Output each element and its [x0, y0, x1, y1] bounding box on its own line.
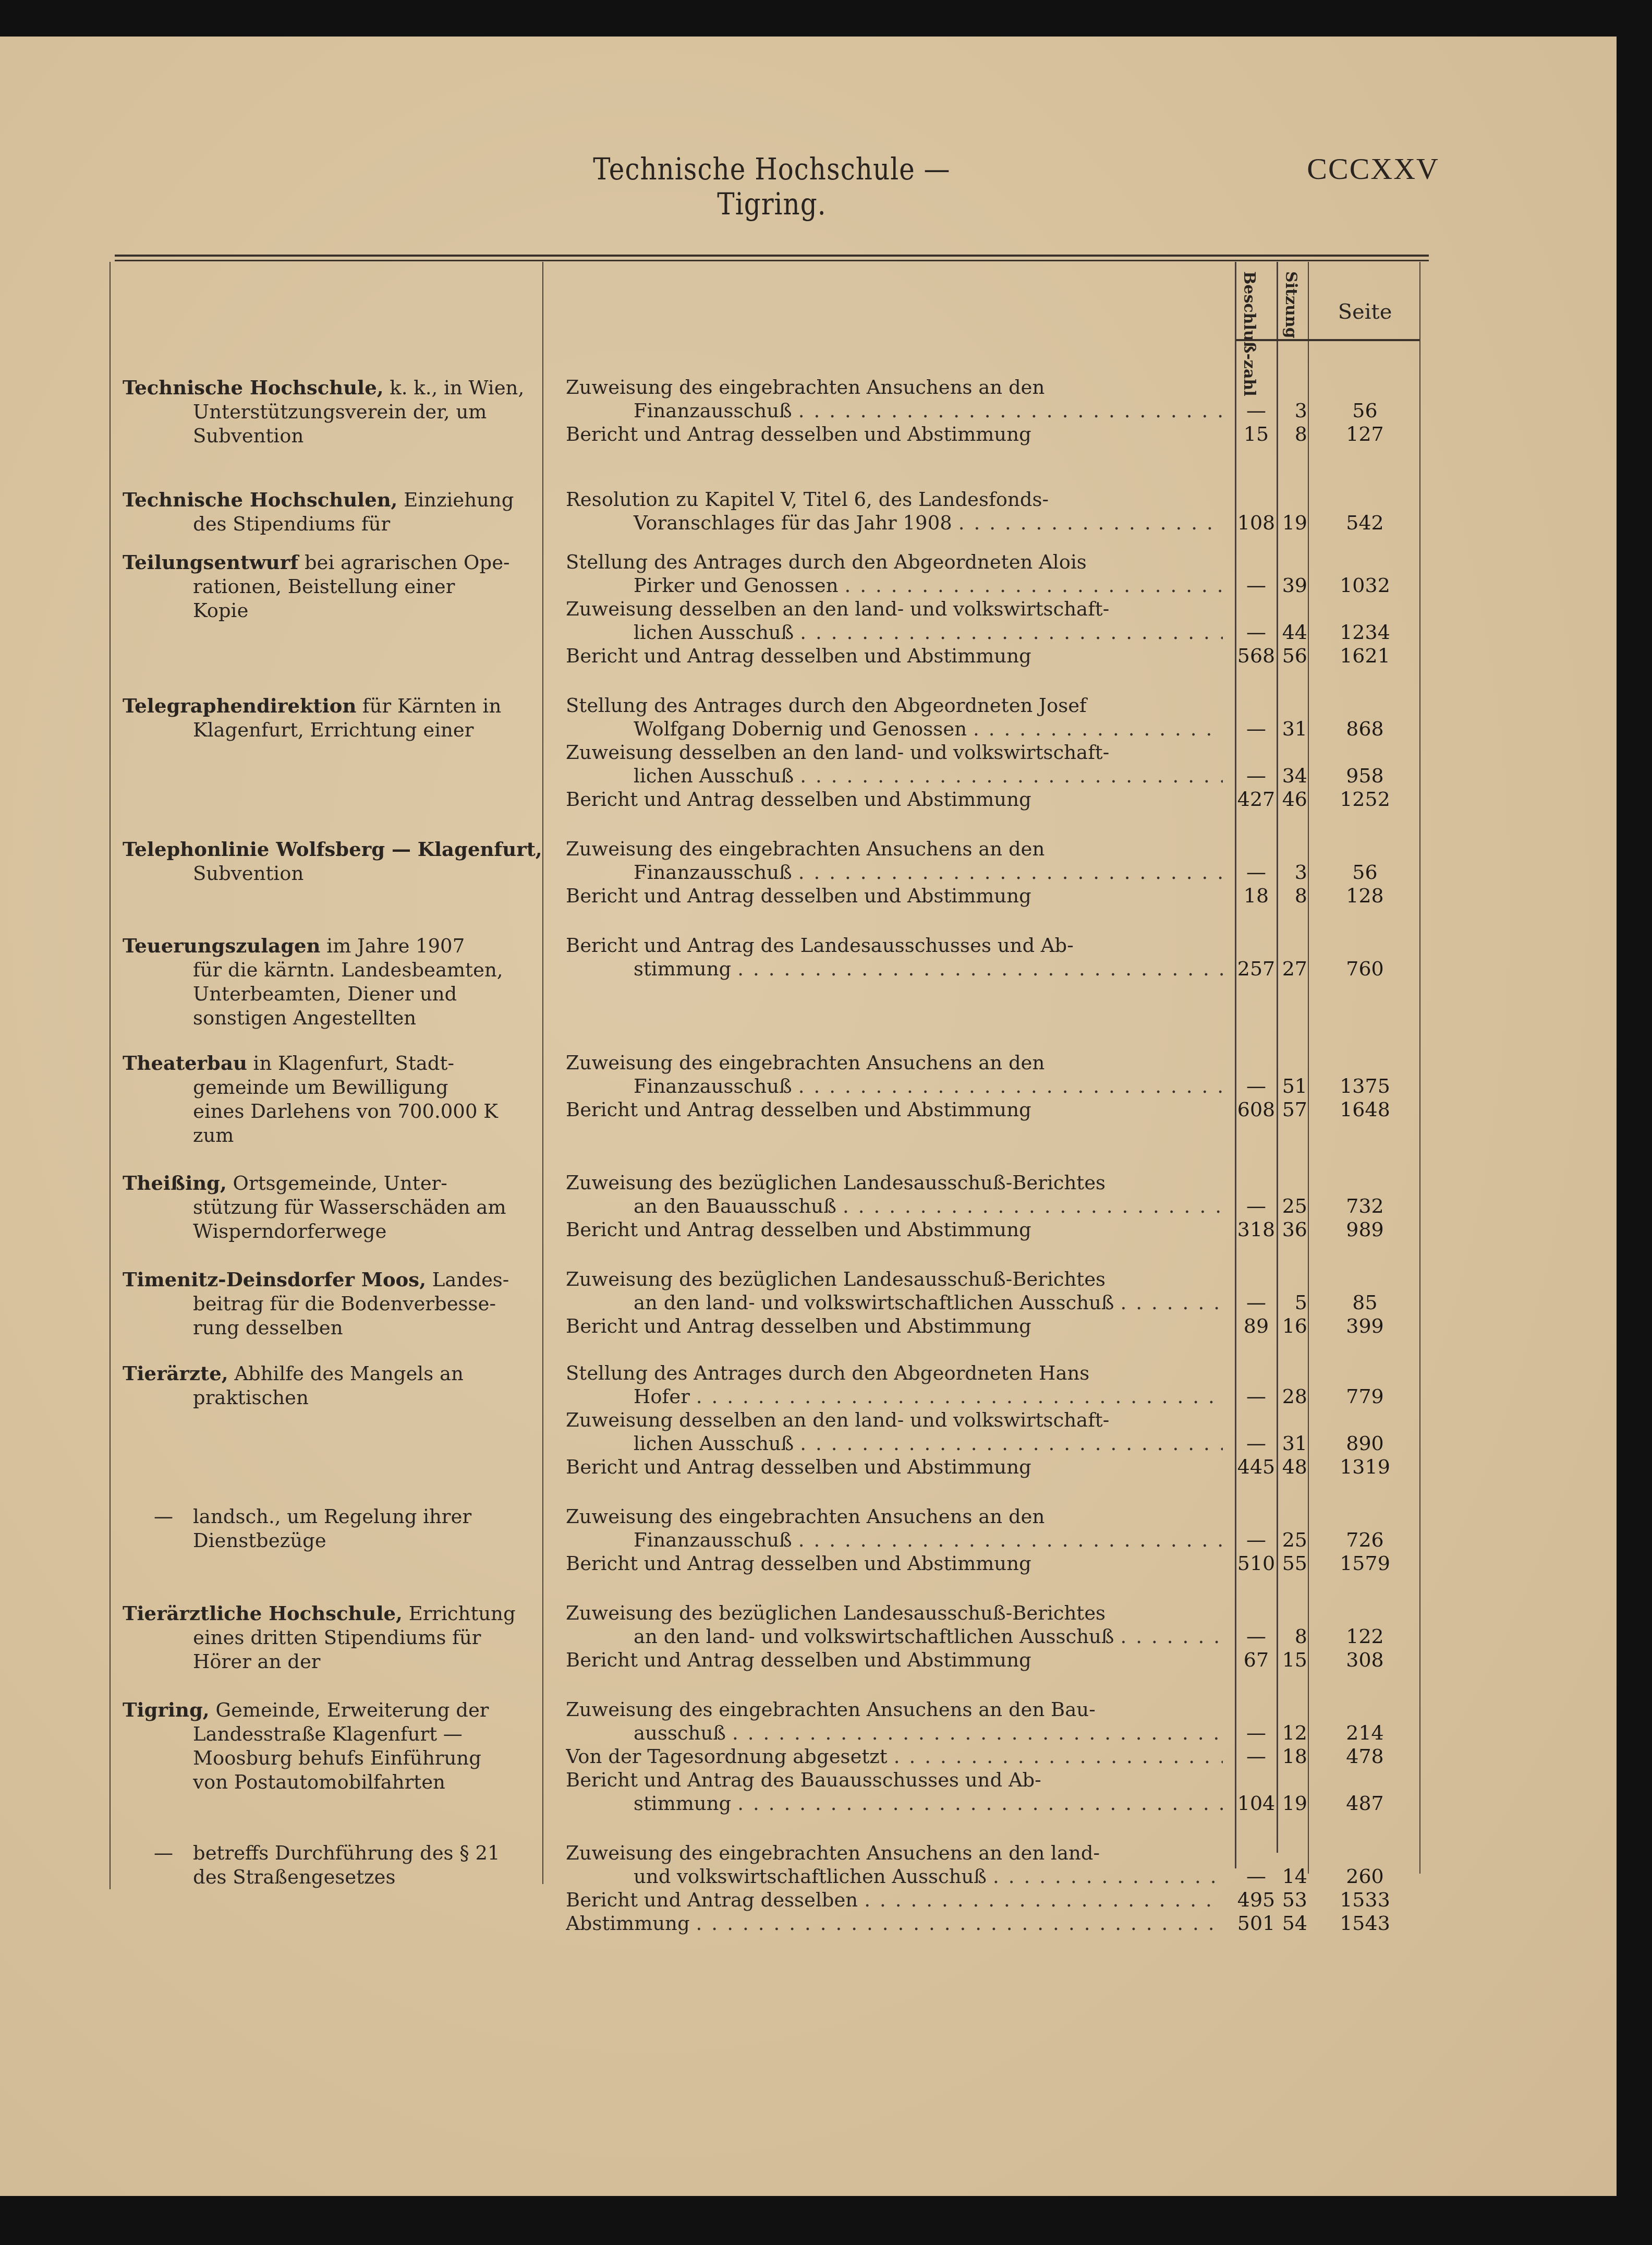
subject-line: Dienstbezüge [123, 1529, 535, 1553]
column-line-sitzung [1277, 262, 1278, 1853]
action-line: Stellung des Antrages durch den Abgeordn… [566, 694, 1223, 717]
action-line: und volkswirtschaftlichen Ausschuß......… [566, 1865, 1223, 1888]
subject-line: Kopie [123, 599, 535, 623]
subject-line: Subvention [123, 424, 535, 448]
action-text: an den Bauausschuß [634, 1194, 836, 1218]
action-line: Bericht und Antrag desselben und Abstimm… [566, 1218, 1223, 1241]
beschluss-zahl: 318 [1237, 1218, 1276, 1241]
action-text: Voranschlages für das Jahr 1908 [634, 511, 952, 535]
subject-line: von Postautomobilfahrten [123, 1770, 535, 1794]
leader-dots: ........................................… [731, 1792, 1223, 1815]
header-sitzung: Sitzung [1283, 271, 1298, 339]
leader-dots: ........................................… [1114, 1625, 1223, 1648]
action-line: Bericht und Antrag desselben und Abstimm… [566, 1314, 1223, 1338]
seite-number: 726 [1311, 1528, 1418, 1552]
action-text: Zuweisung desselben an den land- und vol… [566, 741, 1109, 764]
beschluss-zahl: — [1237, 621, 1276, 644]
beschluss-zahl: — [1237, 1745, 1276, 1768]
seite-number: 122 [1311, 1625, 1418, 1648]
action-line: Zuweisung des eingebrachten Ansuchens an… [566, 1051, 1223, 1075]
subject-keyword: Tigring, [123, 1698, 210, 1721]
subject-line: für die kärntn. Landesbeamten, [123, 958, 535, 982]
subject-line: beitrag für die Bodenverbesse- [123, 1292, 535, 1316]
seite-number: 1032 [1311, 574, 1418, 597]
action-text: Zuweisung des eingebrachten Ansuchens an… [566, 1841, 1100, 1865]
action-line: Bericht und Antrag des Landesausschusses… [566, 934, 1223, 957]
sitzung-number: 3 [1279, 861, 1307, 884]
action-text: an den land- und volkswirtschaftlichen A… [634, 1291, 1114, 1314]
seite-number: 989 [1311, 1218, 1418, 1241]
action-line: Bericht und Antrag desselben und Abstimm… [566, 1648, 1223, 1672]
action-text: Zuweisung des eingebrachten Ansuchens an… [566, 376, 1044, 399]
action-text: lichen Ausschuß [634, 621, 794, 644]
beschluss-zahl: 104 [1237, 1792, 1276, 1815]
seite-number: 487 [1311, 1792, 1418, 1815]
entry-subject: Teuerungszulagen im Jahre 1907für die kä… [123, 934, 535, 1030]
subject-line: Telegraphendirektion für Kärnten in [123, 694, 535, 718]
sitzung-number: 28 [1279, 1385, 1307, 1408]
column-line-right [1419, 262, 1420, 1874]
beschluss-zahl: 427 [1237, 788, 1276, 811]
subject-line: Technische Hochschulen, Einziehung [123, 488, 535, 512]
sitzung-number: 25 [1279, 1194, 1307, 1218]
action-line: Von der Tagesordnung abgesetzt..........… [566, 1745, 1223, 1768]
action-text: Zuweisung des eingebrachten Ansuchens an… [566, 837, 1044, 861]
sitzung-number: 18 [1279, 1745, 1307, 1768]
sitzung-number: 3 [1279, 399, 1307, 423]
sitzung-number: 15 [1279, 1648, 1307, 1672]
action-line: Zuweisung des eingebrachten Ansuchens an… [566, 1505, 1223, 1528]
entry-actions: Zuweisung des eingebrachten Ansuchens an… [566, 837, 1223, 908]
ditto-dash: — [123, 1505, 193, 1529]
entry-subject: Tierärzte, Abhilfe des Mangels anpraktis… [123, 1361, 535, 1410]
action-text: Bericht und Antrag desselben und Abstimm… [566, 884, 1031, 908]
action-line: Zuweisung des eingebrachten Ansuchens an… [566, 1841, 1223, 1865]
action-text: ausschuß [634, 1721, 726, 1745]
column-line-left [110, 262, 111, 1889]
sitzung-number: 31 [1279, 1432, 1307, 1455]
action-text: Abstimmung [566, 1912, 690, 1935]
sitzung-number: 19 [1279, 1792, 1307, 1815]
leader-dots: ........................................… [731, 957, 1223, 981]
action-text: und volkswirtschaftlichen Ausschuß [634, 1865, 987, 1888]
action-text: Stellung des Antrages durch den Abgeordn… [566, 550, 1087, 574]
action-text: Zuweisung des bezüglichen Landesausschuß… [566, 1601, 1106, 1625]
subject-keyword: Teuerungszulagen [123, 934, 321, 957]
action-text: Bericht und Antrag desselben und Abstimm… [566, 1552, 1031, 1575]
action-line: Abstimmung..............................… [566, 1912, 1223, 1935]
action-text: Zuweisung des bezüglichen Landesausschuß… [566, 1268, 1106, 1291]
seite-number: 1648 [1311, 1098, 1418, 1121]
seite-number: 1319 [1311, 1455, 1418, 1479]
entry-subject: Telephonlinie Wolfsberg — Klagenfurt,Sub… [123, 837, 535, 886]
action-line: Zuweisung des eingebrachten Ansuchens an… [566, 376, 1223, 399]
beschluss-zahl: 445 [1237, 1455, 1276, 1479]
action-text: Finanzausschuß [634, 1528, 792, 1552]
action-line: stimmung................................… [566, 957, 1223, 981]
subject-line: Unterstützungsverein der, um [123, 400, 535, 424]
action-line: Finanzausschuß..........................… [566, 861, 1223, 884]
sitzung-number: 55 [1279, 1552, 1307, 1575]
action-text: Zuweisung des bezüglichen Landesausschuß… [566, 1171, 1106, 1194]
action-line: Zuweisung des bezüglichen Landesausschuß… [566, 1601, 1223, 1625]
seite-number: 399 [1311, 1314, 1418, 1338]
sitzung-number: 36 [1279, 1218, 1307, 1241]
subject-line: eines dritten Stipendiums für [123, 1626, 535, 1650]
seite-number: 760 [1311, 957, 1418, 981]
beschluss-zahl: 501 [1237, 1912, 1276, 1935]
subject-line: des Straßengesetzes [123, 1865, 535, 1889]
seite-number: 85 [1311, 1291, 1418, 1314]
seite-number: 1579 [1311, 1552, 1418, 1575]
beschluss-zahl: 495 [1237, 1888, 1276, 1912]
sitzung-number: 27 [1279, 957, 1307, 981]
leader-dots: ........................................… [794, 621, 1223, 644]
sitzung-number: 8 [1279, 884, 1307, 908]
action-text: Hofer [634, 1385, 690, 1408]
sitzung-number: 46 [1279, 788, 1307, 811]
action-line: ausschuß................................… [566, 1721, 1223, 1745]
action-text: Zuweisung des eingebrachten Ansuchens an… [566, 1505, 1044, 1528]
action-line: Voranschlages für das Jahr 1908.........… [566, 511, 1223, 535]
action-line: lichen Ausschuß.........................… [566, 621, 1223, 644]
action-line: stimmung................................… [566, 1792, 1223, 1815]
subject-line: gemeinde um Bewilligung [123, 1076, 535, 1100]
entry-actions: Stellung des Antrages durch den Abgeordn… [566, 550, 1223, 668]
entry-actions: Zuweisung des eingebrachten Ansuchens an… [566, 1505, 1223, 1575]
entry-subject: Technische Hochschule, k. k., in Wien,Un… [123, 376, 535, 448]
subject-line: Landesstraße Klagenfurt — [123, 1722, 535, 1746]
entry-subject: Teilungsentwurf bei agrarischen Ope-rati… [123, 550, 535, 623]
seite-number: 260 [1311, 1865, 1418, 1888]
entry-subject: Telegraphendirektion für Kärnten inKlage… [123, 694, 535, 742]
subject-line: Subvention [123, 862, 535, 886]
subject-line: Telephonlinie Wolfsberg — Klagenfurt, [123, 837, 535, 862]
seite-number: 1375 [1311, 1075, 1418, 1098]
beschluss-zahl: 18 [1237, 884, 1276, 908]
running-title: Technische Hochschule — Tigring. [589, 152, 954, 221]
action-text: stimmung [634, 957, 731, 981]
action-text: Bericht und Antrag desselben und Abstimm… [566, 423, 1031, 446]
sitzung-number: 19 [1279, 511, 1307, 535]
beschluss-zahl: — [1237, 1385, 1276, 1408]
seite-number: 1621 [1311, 644, 1418, 668]
action-text: Zuweisung des eingebrachten Ansuchens an… [566, 1698, 1096, 1721]
beschluss-zahl: 608 [1237, 1098, 1276, 1121]
subject-line: Teilungsentwurf bei agrarischen Ope- [123, 550, 535, 575]
action-text: Bericht und Antrag desselben und Abstimm… [566, 1648, 1031, 1672]
subject-line: rationen, Beistellung einer [123, 575, 535, 599]
beschluss-zahl: 108 [1237, 511, 1276, 535]
action-line: lichen Ausschuß.........................… [566, 764, 1223, 788]
top-rule [115, 255, 1429, 257]
beschluss-zahl: — [1237, 1721, 1276, 1745]
seite-number: 308 [1311, 1648, 1418, 1672]
seite-number: 128 [1311, 884, 1418, 908]
action-line: Finanzausschuß..........................… [566, 1075, 1223, 1098]
leader-dots: ........................................… [792, 1075, 1223, 1098]
action-text: Bericht und Antrag desselben und Abstimm… [566, 1455, 1031, 1479]
entry-actions: Zuweisung des bezüglichen Landesausschuß… [566, 1601, 1223, 1672]
entry-subject: Tierärztliche Hochschule, Errichtungeine… [123, 1601, 535, 1674]
subject-line: zum [123, 1124, 535, 1148]
action-text: Stellung des Antrages durch den Abgeordn… [566, 694, 1087, 717]
subject-line: eines Darlehens von 700.000 K [123, 1100, 535, 1124]
subject-keyword: Timenitz-Deinsdorfer Moos, [123, 1268, 426, 1291]
entry-actions: Stellung des Antrages durch den Abgeordn… [566, 694, 1223, 811]
sitzung-number: 12 [1279, 1721, 1307, 1745]
leader-dots: ........................................… [839, 574, 1223, 597]
leader-dots: ........................................… [1114, 1291, 1223, 1314]
beschluss-zahl: 257 [1237, 957, 1276, 981]
leader-dots: ........................................… [858, 1888, 1223, 1912]
seite-number: 478 [1311, 1745, 1418, 1768]
leader-dots: ........................................… [967, 717, 1223, 741]
sitzung-number: 5 [1279, 1291, 1307, 1314]
sitzung-number: 8 [1279, 423, 1307, 446]
subject-line: Tierärzte, Abhilfe des Mangels an [123, 1361, 535, 1386]
action-line: Zuweisung desselben an den land- und vol… [566, 597, 1223, 621]
entry-subject: Tigring, Gemeinde, Erweiterung derLandes… [123, 1698, 535, 1794]
action-line: an den land- und volkswirtschaftlichen A… [566, 1291, 1223, 1314]
subject-keyword: Theaterbau [123, 1052, 247, 1075]
sitzung-number: 51 [1279, 1075, 1307, 1098]
beschluss-zahl: 15 [1237, 423, 1276, 446]
leader-dots: ........................................… [792, 861, 1223, 884]
beschluss-zahl: — [1237, 1865, 1276, 1888]
action-line: Bericht und Antrag des Bauausschusses un… [566, 1768, 1223, 1792]
beschluss-zahl: — [1237, 574, 1276, 597]
beschluss-zahl: — [1237, 1625, 1276, 1648]
action-text: Zuweisung desselben an den land- und vol… [566, 1408, 1109, 1432]
subject-line: des Stipendiums für [123, 512, 535, 536]
action-line: Bericht und Antrag desselben und Abstimm… [566, 1098, 1223, 1121]
seite-number: 890 [1311, 1432, 1418, 1455]
action-line: Bericht und Antrag desselben und Abstimm… [566, 788, 1223, 811]
sitzung-number: 48 [1279, 1455, 1307, 1479]
sitzung-number: 53 [1279, 1888, 1307, 1912]
entry-subject: —betreffs Durchführung des § 21des Straß… [123, 1841, 535, 1889]
entry-actions: Bericht und Antrag des Landesausschusses… [566, 934, 1223, 981]
entry-actions: Resolution zu Kapitel V, Titel 6, des La… [566, 488, 1223, 535]
beschluss-zahl: 568 [1237, 644, 1276, 668]
subject-line: Technische Hochschule, k. k., in Wien, [123, 376, 535, 400]
action-line: Finanzausschuß..........................… [566, 399, 1223, 423]
beschluss-zahl: 89 [1237, 1314, 1276, 1338]
action-line: an den land- und volkswirtschaftlichen A… [566, 1625, 1223, 1648]
action-text: Bericht und Antrag des Landesausschusses… [566, 934, 1074, 957]
column-line-beschluss [1235, 262, 1236, 1868]
action-line: Bericht und Antrag desselben und Abstimm… [566, 1552, 1223, 1575]
action-line: Bericht und Antrag desselben............… [566, 1888, 1223, 1912]
action-line: Zuweisung desselben an den land- und vol… [566, 741, 1223, 764]
beschluss-zahl: — [1237, 399, 1276, 423]
subject-line: Wisperndorferwege [123, 1220, 535, 1244]
entry-subject: Technische Hochschulen, Einziehungdes St… [123, 488, 535, 536]
subject-line: Teuerungszulagen im Jahre 1907 [123, 934, 535, 958]
action-text: Wolfgang Dobernig und Genossen [634, 717, 967, 741]
subject-line: Timenitz-Deinsdorfer Moos, Landes- [123, 1268, 535, 1292]
action-text: Resolution zu Kapitel V, Titel 6, des La… [566, 488, 1049, 511]
leader-dots: ........................................… [952, 511, 1223, 535]
subject-line: Theißing, Ortsgemeinde, Unter- [123, 1171, 535, 1196]
subject-keyword: Tierärzte, [123, 1362, 228, 1385]
seite-number: 214 [1311, 1721, 1418, 1745]
beschluss-zahl: — [1237, 1432, 1276, 1455]
beschluss-zahl: — [1237, 1291, 1276, 1314]
leader-dots: ........................................… [726, 1721, 1223, 1745]
seite-number: 542 [1311, 511, 1418, 535]
action-line: Zuweisung des eingebrachten Ansuchens an… [566, 1698, 1223, 1721]
subject-line: —landsch., um Regelung ihrer [123, 1505, 535, 1529]
subject-keyword: Technische Hochschule, [123, 376, 384, 399]
leader-dots: ........................................… [792, 1528, 1223, 1552]
beschluss-zahl: 67 [1237, 1648, 1276, 1672]
entry-subject: Theißing, Ortsgemeinde, Unter-stützung f… [123, 1171, 535, 1244]
subject-line: Klagenfurt, Errichtung einer [123, 718, 535, 742]
beschluss-zahl: — [1237, 717, 1276, 741]
action-text: Bericht und Antrag desselben und Abstimm… [566, 1314, 1031, 1338]
subject-line: praktischen [123, 1386, 535, 1410]
action-text: Bericht und Antrag des Bauausschusses un… [566, 1768, 1041, 1792]
action-line: Bericht und Antrag desselben und Abstimm… [566, 423, 1223, 446]
action-line: Stellung des Antrages durch den Abgeordn… [566, 1361, 1223, 1385]
subject-line: Unterbeamten, Diener und [123, 982, 535, 1006]
action-line: Finanzausschuß..........................… [566, 1528, 1223, 1552]
action-line: Stellung des Antrages durch den Abgeordn… [566, 550, 1223, 574]
page-number: CCCXXV [1298, 151, 1439, 186]
seite-number: 127 [1311, 423, 1418, 446]
subject-keyword: Theißing, [123, 1172, 227, 1194]
seite-number: 779 [1311, 1385, 1418, 1408]
seite-number: 1234 [1311, 621, 1418, 644]
leader-dots: ........................................… [792, 399, 1223, 423]
action-line: Zuweisung des eingebrachten Ansuchens an… [566, 837, 1223, 861]
header-beschluss-zahl: Beschluß-zahl [1241, 271, 1257, 396]
action-text: Bericht und Antrag desselben und Abstimm… [566, 1098, 1031, 1121]
sitzung-number: 34 [1279, 764, 1307, 788]
action-line: Wolfgang Dobernig und Genossen..........… [566, 717, 1223, 741]
subject-line: Theaterbau in Klagenfurt, Stadt- [123, 1051, 535, 1076]
entry-subject: Theaterbau in Klagenfurt, Stadt-gemeinde… [123, 1051, 535, 1148]
sitzung-number: 14 [1279, 1865, 1307, 1888]
action-text: Bericht und Antrag desselben und Abstimm… [566, 1218, 1031, 1241]
seite-number: 868 [1311, 717, 1418, 741]
sitzung-number: 31 [1279, 717, 1307, 741]
action-line: an den Bauausschuß......................… [566, 1194, 1223, 1218]
action-text: Bericht und Antrag desselben und Abstimm… [566, 788, 1031, 811]
action-line: Zuweisung des bezüglichen Landesausschuß… [566, 1268, 1223, 1291]
subject-line: stützung für Wasserschäden am [123, 1196, 535, 1220]
subject-line: —betreffs Durchführung des § 21 [123, 1841, 535, 1865]
leader-dots: ........................................… [794, 1432, 1223, 1455]
action-line: Bericht und Antrag desselben und Abstimm… [566, 884, 1223, 908]
seite-number: 1543 [1311, 1912, 1418, 1935]
action-text: Finanzausschuß [634, 399, 792, 423]
column-line-seite [1308, 262, 1309, 1874]
column-line-middle [542, 262, 543, 1884]
seite-number: 1252 [1311, 788, 1418, 811]
seite-number: 732 [1311, 1194, 1418, 1218]
document-page: Technische Hochschule — Tigring. CCCXXV … [0, 37, 1617, 2196]
action-text: Von der Tagesordnung abgesetzt [566, 1745, 888, 1768]
beschluss-zahl: — [1237, 861, 1276, 884]
action-text: Pirker und Genossen [634, 574, 839, 597]
entry-actions: Zuweisung des eingebrachten Ansuchens an… [566, 376, 1223, 446]
leader-dots: ........................................… [794, 764, 1223, 788]
action-line: Pirker und Genossen.....................… [566, 574, 1223, 597]
action-text: Stellung des Antrages durch den Abgeordn… [566, 1361, 1089, 1385]
subject-line: Hörer an der [123, 1650, 535, 1674]
beschluss-zahl: — [1237, 764, 1276, 788]
entry-actions: Zuweisung des bezüglichen Landesausschuß… [566, 1268, 1223, 1338]
action-text: Zuweisung des eingebrachten Ansuchens an… [566, 1051, 1044, 1075]
action-text: Finanzausschuß [634, 861, 792, 884]
action-text: lichen Ausschuß [634, 1432, 794, 1455]
leader-dots: ........................................… [690, 1912, 1223, 1935]
action-line: lichen Ausschuß.........................… [566, 1432, 1223, 1455]
action-line: Zuweisung desselben an den land- und vol… [566, 1408, 1223, 1432]
subject-keyword: Technische Hochschulen, [123, 488, 398, 511]
leader-dots: ........................................… [836, 1194, 1223, 1218]
subject-line: Tigring, Gemeinde, Erweiterung der [123, 1698, 535, 1722]
entry-subject: Timenitz-Deinsdorfer Moos, Landes-beitra… [123, 1268, 535, 1340]
sitzung-number: 25 [1279, 1528, 1307, 1552]
beschluss-zahl: 510 [1237, 1552, 1276, 1575]
entry-subject: —landsch., um Regelung ihrerDienstbezüge [123, 1505, 535, 1553]
sitzung-number: 54 [1279, 1912, 1307, 1935]
header-rule [1236, 339, 1419, 341]
action-line: Zuweisung des bezüglichen Landesausschuß… [566, 1171, 1223, 1194]
action-line: Resolution zu Kapitel V, Titel 6, des La… [566, 488, 1223, 511]
action-text: Bericht und Antrag desselben [566, 1888, 858, 1912]
ditto-dash: — [123, 1841, 193, 1865]
sitzung-number: 57 [1279, 1098, 1307, 1121]
leader-dots: ........................................… [888, 1745, 1223, 1768]
seite-number: 1533 [1311, 1888, 1418, 1912]
action-line: Bericht und Antrag desselben und Abstimm… [566, 1455, 1223, 1479]
entry-actions: Zuweisung des bezüglichen Landesausschuß… [566, 1171, 1223, 1241]
subject-line: Moosburg behufs Einführung [123, 1746, 535, 1770]
entry-actions: Zuweisung des eingebrachten Ansuchens an… [566, 1841, 1223, 1935]
entry-actions: Zuweisung des eingebrachten Ansuchens an… [566, 1051, 1223, 1121]
seite-number: 56 [1311, 861, 1418, 884]
action-text: lichen Ausschuß [634, 764, 794, 788]
subject-line: Tierärztliche Hochschule, Errichtung [123, 1601, 535, 1626]
subject-keyword: Telephonlinie Wolfsberg — Klagenfurt, [123, 838, 542, 861]
action-line: Hofer...................................… [566, 1385, 1223, 1408]
sitzung-number: 56 [1279, 644, 1307, 668]
action-text: Zuweisung desselben an den land- und vol… [566, 597, 1109, 621]
top-rule-2 [115, 260, 1429, 261]
subject-line: sonstigen Angestellten [123, 1006, 535, 1030]
subject-keyword: Tierärztliche Hochschule, [123, 1602, 403, 1625]
sitzung-number: 39 [1279, 574, 1307, 597]
action-text: Bericht und Antrag desselben und Abstimm… [566, 644, 1031, 668]
subject-line: rung desselben [123, 1316, 535, 1340]
action-text: an den land- und volkswirtschaftlichen A… [634, 1625, 1114, 1648]
leader-dots: ........................................… [987, 1865, 1223, 1888]
action-text: Finanzausschuß [634, 1075, 792, 1098]
leader-dots: ........................................… [690, 1385, 1223, 1408]
sitzung-number: 16 [1279, 1314, 1307, 1338]
action-text: stimmung [634, 1792, 731, 1815]
entry-actions: Stellung des Antrages durch den Abgeordn… [566, 1361, 1223, 1479]
beschluss-zahl: — [1237, 1528, 1276, 1552]
beschluss-zahl: — [1237, 1075, 1276, 1098]
beschluss-zahl: — [1237, 1194, 1276, 1218]
subject-keyword: Telegraphendirektion [123, 694, 356, 717]
